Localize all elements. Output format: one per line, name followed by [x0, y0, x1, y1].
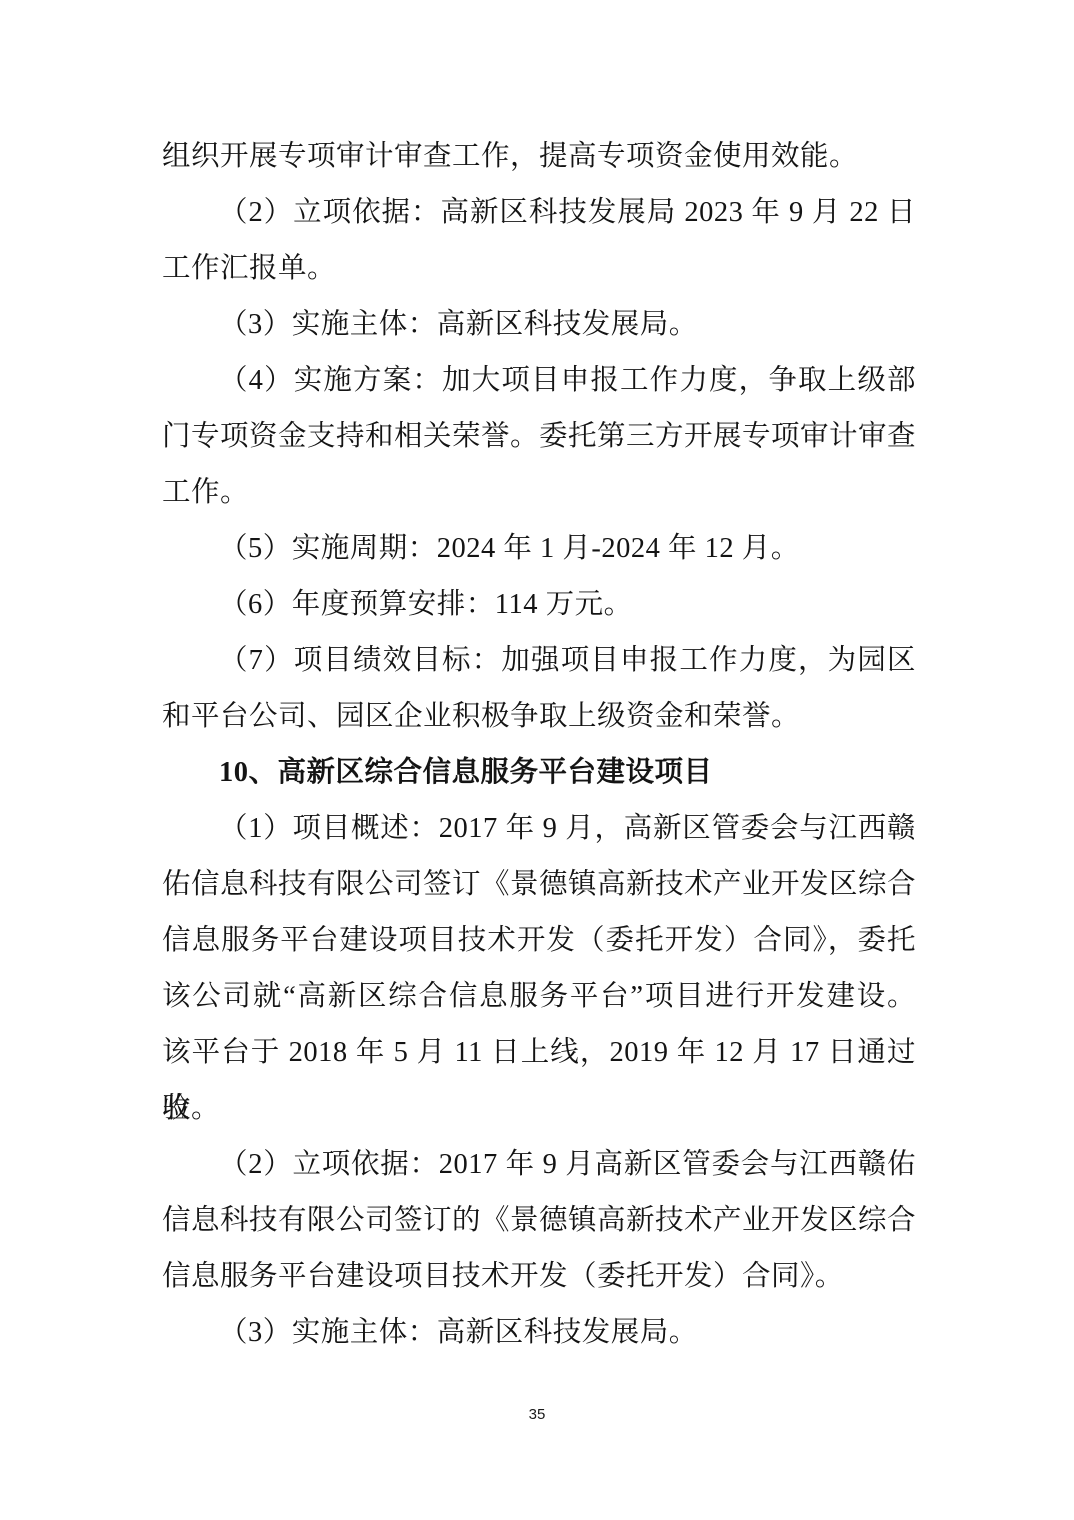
- text-line: （6）年度预算安排：114 万元。: [162, 577, 916, 633]
- text-line: 和平台公司、园区企业积极争取上级资金和荣誉。: [162, 689, 916, 745]
- text-line: 信息服务平台建设项目技术开发（委托开发）合同》，委托: [162, 913, 916, 969]
- text-line: 门专项资金支持和相关荣誉。委托第三方开展专项审计审查: [162, 409, 916, 465]
- text-line: （5）实施周期：2024 年 1 月-2024 年 12 月。: [162, 521, 916, 577]
- text-line: 该公司就“高新区综合信息服务平台”项目进行开发建设。: [162, 969, 916, 1025]
- text-line: 信息科技有限公司签订的《景德镇高新技术产业开发区综合: [162, 1193, 916, 1249]
- page-number: 35: [0, 1406, 1074, 1423]
- text-line: 工作。: [162, 465, 916, 521]
- text-line: 组织开展专项审计审查工作，提高专项资金使用效能。: [162, 129, 916, 185]
- text-line: 工作汇报单。: [162, 241, 916, 297]
- text-line: （7）项目绩效目标：加强项目申报工作力度，为园区: [162, 633, 916, 689]
- text-line: （2）立项依据：2017 年 9 月高新区管委会与江西赣佑: [162, 1137, 916, 1193]
- text-line: （3）实施主体：高新区科技发展局。: [162, 1305, 916, 1361]
- text-line: （3）实施主体：高新区科技发展局。: [162, 297, 916, 353]
- text-line: （2）立项依据：高新区科技发展局 2023 年 9 月 22 日: [162, 185, 916, 241]
- text-line: 该平台于 2018 年 5 月 11 日上线，2019 年 12 月 17 日通…: [162, 1025, 916, 1081]
- section-heading: 10、高新区综合信息服务平台建设项目: [162, 745, 916, 801]
- text-line: （1）项目概述：2017 年 9 月，高新区管委会与江西赣: [162, 801, 916, 857]
- document-page: 组织开展专项审计审查工作，提高专项资金使用效能。（2）立项依据：高新区科技发展局…: [0, 0, 1074, 1520]
- document-body: 组织开展专项审计审查工作，提高专项资金使用效能。（2）立项依据：高新区科技发展局…: [162, 129, 916, 1361]
- text-line: 信息服务平台建设项目技术开发（委托开发）合同》。: [162, 1249, 916, 1305]
- text-line: 佑信息科技有限公司签订《景德镇高新技术产业开发区综合: [162, 857, 916, 913]
- text-line: （4）实施方案：加大项目申报工作力度，争取上级部: [162, 353, 916, 409]
- text-line: 收。: [162, 1081, 916, 1137]
